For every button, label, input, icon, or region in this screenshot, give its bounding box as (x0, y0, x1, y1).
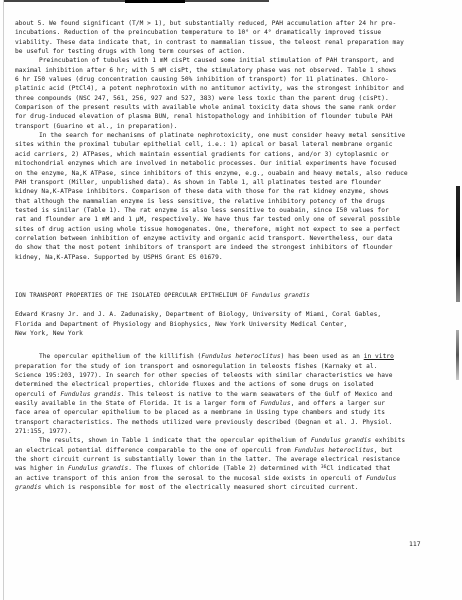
text-line: maximal inhibition after 6 hr; with 5 mM… (15, 67, 396, 74)
text-line: correlation between inhibition of enzyme… (15, 235, 393, 242)
text: operculi of (15, 391, 60, 398)
author-line: Florida and Department of Physiology and… (15, 321, 347, 328)
species-name: Fundulus heteroclitus (294, 447, 373, 454)
page-number: 117 (409, 540, 421, 548)
text: The results, shown in Table 1 indicate t… (39, 437, 311, 444)
scan-right-edge-shadow-lower (456, 330, 459, 380)
species-name: grandis (15, 484, 41, 491)
text: was higher in (15, 465, 68, 472)
scanned-page: about 5. We found significant (T/M > 1),… (0, 0, 462, 600)
text-line: Preincubation of tubules with 1 mM cisPt… (39, 57, 394, 64)
text-line: be useful for testing drugs with long te… (15, 48, 245, 55)
paragraph: about 5. We found significant (T/M > 1),… (15, 19, 425, 56)
text: exhibits (371, 437, 405, 444)
species-name: Fundulus heteroclitus (201, 353, 280, 360)
text-line: platinic acid (PtCl4), a potent nephroto… (15, 85, 404, 92)
text: easily available in the State of Florida… (15, 400, 260, 407)
text: , and offers a larger sur (291, 400, 385, 407)
text-line: about 5. We found significant (T/M > 1),… (15, 20, 396, 27)
author-line: New York, New York (15, 330, 83, 337)
text: Cl indicated that (326, 465, 390, 472)
page-content: about 5. We found significant (T/M > 1),… (15, 19, 425, 492)
text-line: on the enzyme, Na,K ATPase, since inhibi… (15, 170, 408, 177)
text: . This teleost is native to the warm sea… (121, 391, 393, 398)
text-line: kidney, Na,K-ATPase. Supported by USPHS … (15, 254, 223, 261)
genus-name: Fundulus (260, 400, 290, 407)
text-line: tested is similar (Table 1). The rat enz… (15, 207, 389, 214)
spacer (15, 301, 425, 310)
species-name: Fundulus grandis (60, 391, 120, 398)
text: . The fluxes of chloride (Table 2) deter… (128, 465, 321, 472)
text: which is responsible for most of the ele… (41, 484, 358, 491)
text-line: 6 hr I50 values (drug concentration caus… (15, 76, 389, 83)
species-name: Fundulus grandis (311, 437, 371, 444)
author-affiliations: Edward Krasny Jr. and J. A. Zadunaisky, … (15, 310, 425, 338)
text-line: do show that the most potent inhibitors … (15, 244, 393, 251)
author-line: Edward Krasny Jr. and J. A. Zadunaisky, … (15, 311, 381, 318)
title-species: Fundulus grandis (252, 293, 310, 299)
text-line: 271:155, 1977). (15, 428, 72, 435)
section-spacer (15, 262, 425, 292)
in-vitro-term: in vitro (364, 353, 394, 360)
text-line: incubations. Reduction of the preincubat… (15, 29, 381, 36)
article-2: ION TRANSPORT PROPERTIES OF THE ISOLATED… (15, 292, 425, 493)
text: The opercular epithelium of the killifis… (39, 353, 201, 360)
text-line: that although the mammalian enzyme is le… (15, 198, 385, 205)
scan-left-edge (3, 0, 4, 600)
spacer (15, 338, 425, 352)
text-line: three compounds (NSC 247, 561, 256, 927 … (15, 95, 389, 102)
text-line: face area of opercular epithelium to be … (15, 409, 385, 416)
text-line: PAH transport (Miller, unpublished data)… (15, 179, 381, 186)
paragraph: The results, shown in Table 1 indicate t… (15, 436, 425, 492)
text: an electrical potential difference compa… (15, 447, 294, 454)
text-line: Comparison of the present results with a… (15, 104, 396, 111)
scan-right-edge-shadow (456, 186, 460, 302)
genus-name: Fundulus (366, 475, 396, 482)
paragraph: The opercular epithelium of the killifis… (15, 352, 425, 436)
text-line: acid carriers, 2) ATPases, which maintai… (15, 151, 389, 158)
article-1-continuation: about 5. We found significant (T/M > 1),… (15, 19, 425, 262)
text-line: In the search for mechanisms of platinat… (39, 132, 405, 139)
text: an active transport of this anion from t… (15, 475, 366, 482)
text-line: Science 195:203, 1977). In search for ot… (15, 372, 393, 379)
text-line: rat and flounder are 1 mM and 1 µM, resp… (15, 216, 400, 223)
text-line: sites of drug action using whole tissue … (15, 226, 400, 233)
text-line: mitochondrial enzymes which are involved… (15, 160, 396, 167)
text-line: determined the electrical properties, ch… (15, 381, 374, 388)
paragraph: In the search for mechanisms of platinat… (15, 131, 425, 262)
paragraph: Preincubation of tubules with 1 mM cisPt… (15, 56, 425, 131)
text-line: preparation for the study of ion transpo… (15, 363, 377, 370)
text-line: viability. These data indicate that, in … (15, 39, 404, 46)
text-line: for drug-induced elevation of plasma BUN… (15, 113, 393, 120)
title-text: ION TRANSPORT PROPERTIES OF THE ISOLATED… (15, 293, 252, 299)
text-line: sites within the proximal tubular epithe… (15, 141, 393, 148)
text: ) has been used as an (281, 353, 364, 360)
text-line: kidney Na,K-ATPase inhibitors. Compariso… (15, 188, 389, 195)
text-line: transport characteristics. The methods u… (15, 419, 393, 426)
text-line: the short circuit current is substantial… (15, 456, 400, 463)
species-name: Fundulus grandis (68, 465, 128, 472)
scan-top-mark (125, 0, 185, 3)
text-line: transport (Guarino et al., in preparatio… (15, 123, 177, 130)
text: , but (374, 447, 393, 454)
article-title: ION TRANSPORT PROPERTIES OF THE ISOLATED… (15, 292, 425, 301)
